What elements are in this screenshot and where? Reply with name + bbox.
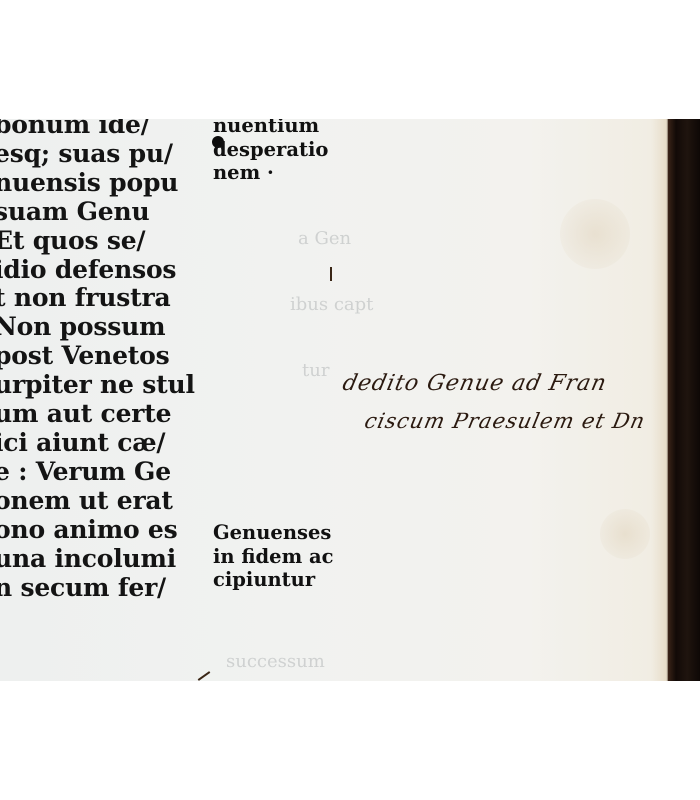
show-through-line: ibus capt: [290, 294, 373, 316]
marginal-gloss-top: nuentium desperatio nem ·: [213, 119, 328, 185]
text-line: bonum ide/: [0, 119, 160, 140]
gloss-line: in fidem ac: [213, 545, 334, 569]
gloss-line: nem ·: [213, 161, 328, 185]
text-line: t non frustra: [0, 284, 160, 313]
show-through-line: a Gen: [298, 228, 373, 250]
paper-stain: [600, 509, 650, 559]
text-line: idio defensos: [0, 256, 160, 285]
text-line: una incolumi: [0, 545, 160, 574]
text-line: Et quos se/: [0, 227, 160, 256]
gloss-line: cipiuntur: [213, 568, 334, 592]
text-line: post Venetos: [0, 342, 160, 371]
pen-mark: [330, 267, 332, 281]
text-line: ono animo es: [0, 516, 160, 545]
main-text-column: bonum ide/ esq; suas pu/ nuensis popu su…: [0, 119, 160, 602]
gloss-line: Genuenses: [213, 521, 334, 545]
gloss-line: nuentium: [213, 119, 328, 138]
text-line: nuensis popu: [0, 169, 160, 198]
text-line: onem ut erat: [0, 487, 160, 516]
text-line: n secum fer/: [0, 574, 160, 603]
handwritten-annotation-line: dedito Genue ad Fran: [340, 371, 609, 396]
text-line: e : Verum Ge: [0, 458, 160, 487]
book-binding-edge: [668, 119, 700, 681]
show-through-line: successum: [226, 651, 325, 673]
text-line: Non possum: [0, 313, 160, 342]
handwritten-annotation-line: ciscum Praesulem et Dn: [362, 409, 647, 433]
text-line: urpiter ne stul: [0, 371, 160, 400]
paper-stain: [560, 199, 630, 269]
gloss-line: desperatio: [213, 138, 328, 162]
text-line: esq; suas pu/: [0, 140, 160, 169]
show-through-text-bottom: successum: [226, 607, 325, 681]
marginal-gloss-bottom: Genuenses in fidem ac cipiuntur: [213, 521, 334, 592]
text-line: um aut certe: [0, 400, 160, 429]
text-line: suam Genu: [0, 198, 160, 227]
book-page-photo: bonum ide/ esq; suas pu/ nuensis popu su…: [0, 119, 700, 681]
pen-stroke: [198, 671, 211, 681]
text-line: ici aiunt cæ/: [0, 429, 160, 458]
